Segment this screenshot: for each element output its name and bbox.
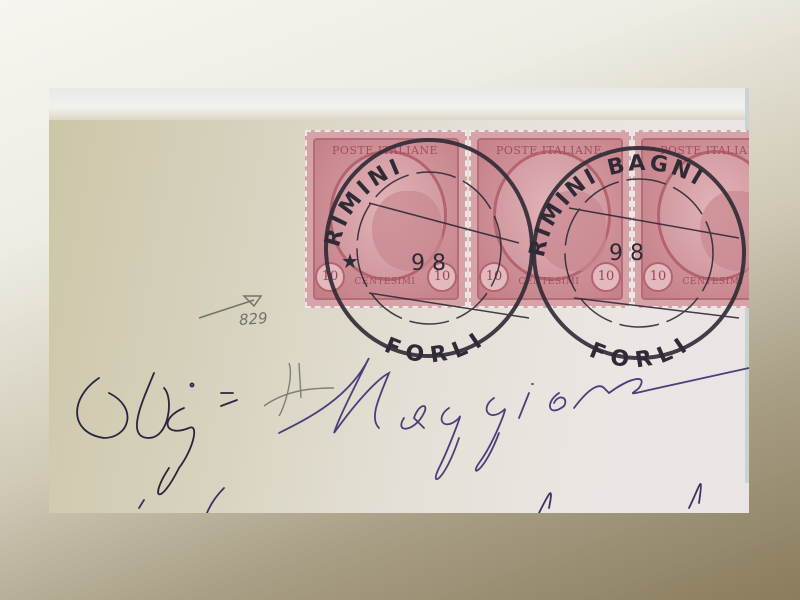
envelope-flap-edge (49, 88, 749, 120)
stamp-1: POSTE ITALIANE 10 10 CENTESIMI (305, 130, 467, 308)
stamp-top-text: POSTE ITALIANE (325, 144, 445, 157)
stamp-value: 10 (643, 262, 673, 292)
king-portrait (700, 191, 749, 271)
handwriting-maggiore (279, 358, 749, 479)
svg-text:FORLI: FORLI (381, 325, 493, 369)
stamp-value: 10 (427, 262, 457, 292)
envelope-photo: POSTE ITALIANE 10 10 CENTESIMI POSTE ITA… (49, 88, 749, 513)
pencil-initials (264, 363, 334, 416)
pencil-annotation: 829 (238, 309, 268, 329)
stamp-value: 10 (315, 262, 345, 292)
stamp-2: POSTE ITALIANE 10 10 CENTESIMI (469, 130, 631, 308)
handwriting-line2-partial (139, 484, 701, 513)
stamp-bottom-text: CENTESIMI (345, 277, 425, 287)
stamp-value: 10 (591, 262, 621, 292)
postmark-region: FORLI (586, 330, 698, 374)
stamp-value: 10 (479, 262, 509, 292)
stamp-3: POSTE ITALIANE 10 10 CENTESIMI (633, 130, 749, 308)
postmark-region: FORLI (381, 325, 493, 369)
king-portrait (372, 191, 442, 271)
king-portrait (536, 191, 606, 271)
stamp-top-text: POSTE ITALIANE (489, 144, 609, 157)
stamp-bottom-text: CENTESIMI (673, 277, 749, 287)
stamp-bottom-text: CENTESIMI (509, 277, 589, 287)
stamp-top-text: POSTE ITALIANE (653, 144, 749, 157)
handwriting-sig (77, 373, 237, 494)
svg-text:FORLI: FORLI (586, 330, 698, 374)
